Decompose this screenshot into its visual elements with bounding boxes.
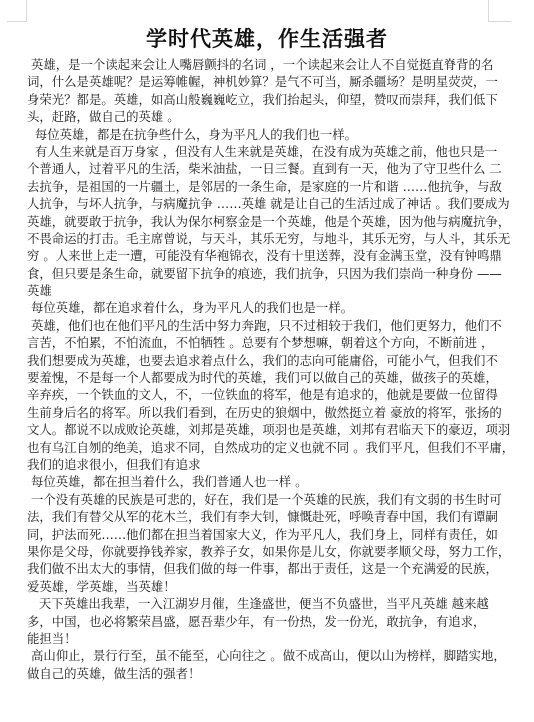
text-line: 每位英雄，都在担当着什么，我们普通人也一样 。	[27, 473, 497, 490]
text-line: 去抗争，是祖国的一片疆土，是邻居的一条生命，是家庭的一片和谐 ……他抗争，与敌	[27, 178, 497, 195]
text-line: 言苦，不怕累，不怕流血，不怕牺牲 。总要有个梦想嘛，朝着这个方向，不断前进 ，	[27, 334, 497, 351]
text-line: 每位英雄，都在追求着什么，身为平凡人的我们也是一样。	[27, 299, 497, 316]
text-line: 词，什么是英雄呢？是运筹帷幄，神机妙算？是气不可当，厮杀疆场？是明星荧荧，一	[27, 73, 497, 90]
page-corner-mark-left	[7, 0, 27, 22]
text-line: 我们想要成为英雄，也要去追求着点什么，我们的志向可能庸俗，可能小气，但我们不	[27, 352, 497, 369]
text-line: 食，但只要是条生命，就要留下抗争的痕迹，我们抗争，只因为我们崇尚一种身份 ——	[27, 265, 497, 282]
text-line: 能担当！	[27, 630, 497, 647]
text-line: 多，中国，也必将繁荣昌盛，愿吾辈少年，有一份热，发一份光，敢抗争，有追求，	[27, 613, 497, 630]
document-title: 学时代英雄，作生活强者	[0, 24, 534, 54]
text-line: 不畏命运的打击。毛主席曾说，与天斗，其乐无穷，与地斗，其乐无穷，与人斗，其乐无	[27, 230, 497, 247]
text-line: 人抗争，与坏人抗争，与病魔抗争 ……英雄 就是让自己的生活过成了神话 。我们要成…	[27, 195, 497, 212]
text-line: 文人。都说不以成败论英雄，刘邦是英雄，项羽也是英雄，刘邦有君临天下的豪迈，项羽	[27, 421, 497, 438]
text-line: 爱英雄，学英雄，当英雄！	[27, 578, 497, 595]
text-line: 法，我们有替父从军的花木兰，我们有李大钊，慷慨赴死，呼唤青春中国，我们有谭嗣	[27, 508, 497, 525]
text-line: 也有乌江自刎的绝美，追求不同，自然成功的定义也就不同 。我们平凡，但我们不平庸，	[27, 439, 497, 456]
text-line: 我们的追求很小，但我们有追求	[27, 456, 497, 473]
text-line: 生前身后名的将军。所以我们看到，在历史的狼烟中，傲然挺立着 豪放的将军，张扬的	[27, 404, 497, 421]
text-line: 英雄，就要敢于抗争，我认为保尔柯察金是一个英雄，他是个英雄，因为他与病魔抗争，	[27, 213, 497, 230]
text-line: 身荣光？都是。英雄，如高山般巍巍屹立，我们抬起头，仰望，赞叹而崇拜，我们低下	[27, 91, 497, 108]
text-line: 天下英雄出我辈，一入江湖岁月催，生逢盛世，便当不负盛世，当平凡英雄 越来越	[27, 595, 497, 612]
text-line: 每位英雄，都是在抗争些什么，身为平凡人的我们也一样。	[27, 126, 497, 143]
text-line: 同，护法而死……他们都在担当着国家大义，作为平凡人，我们身上，同样有责任，如	[27, 526, 497, 543]
text-line: 果你是父母，你就要挣钱养家，教养子女，如果你是儿女，你就要孝顺父母，努力工作，	[27, 543, 497, 560]
text-line: 一个没有英雄的民族是可悲的，好在，我们是一个英雄的民族，我们有文弱的书生时可	[27, 491, 497, 508]
document-body: 英雄，是一个读起来会让人嘴唇颤抖的名词 ，一个读起来会让人不自觉挺直脊背的名 词…	[27, 56, 497, 682]
text-line: 穷 。人来世上走一遭，可能没有华袍锦衣，没有十里送葬，没有金满玉堂，没有钟鸣鼎	[27, 247, 497, 264]
text-line: 个普通人，过着平凡的生活，柴米油盐，一日三餐。直到有一天，他为了守卫些什么 二	[27, 160, 497, 177]
text-line: 做自己的英雄，做生活的强者！	[27, 665, 497, 682]
text-line: 要羞愧，不是每一个人都要成为时代的英雄，我们可以做自己的英雄，做孩子的英雄，	[27, 369, 497, 386]
text-line: 头，赶路，做自己的英雄 。	[27, 108, 497, 125]
text-line: 辛弃疾，一个铁血的文人，不，一位铁血的将军，他是有追求的，他就是要做一位留得	[27, 386, 497, 403]
text-line: 高山仰止，景行行至，虽不能至，心向往之 。做不成高山，便以山为榜样，脚踏实地，	[27, 647, 497, 664]
text-line: 有人生来就是百万身家 ，但没有人生来就是英雄，在没有成为英雄之前，他也只是一	[27, 143, 497, 160]
text-line: 我们做不出太大的事情，但我们做的每一件事，都出于责任，这是一个充满爱的民族，	[27, 560, 497, 577]
text-line: 英雄	[27, 282, 497, 299]
text-line: 英雄，是一个读起来会让人嘴唇颤抖的名词 ，一个读起来会让人不自觉挺直脊背的名	[27, 56, 497, 73]
text-line: 英雄，他们也在他们平凡的生活中努力奔跑，只不过相较于我们，他们更努力，他们不	[27, 317, 497, 334]
page-corner-mark-right	[488, 0, 511, 22]
